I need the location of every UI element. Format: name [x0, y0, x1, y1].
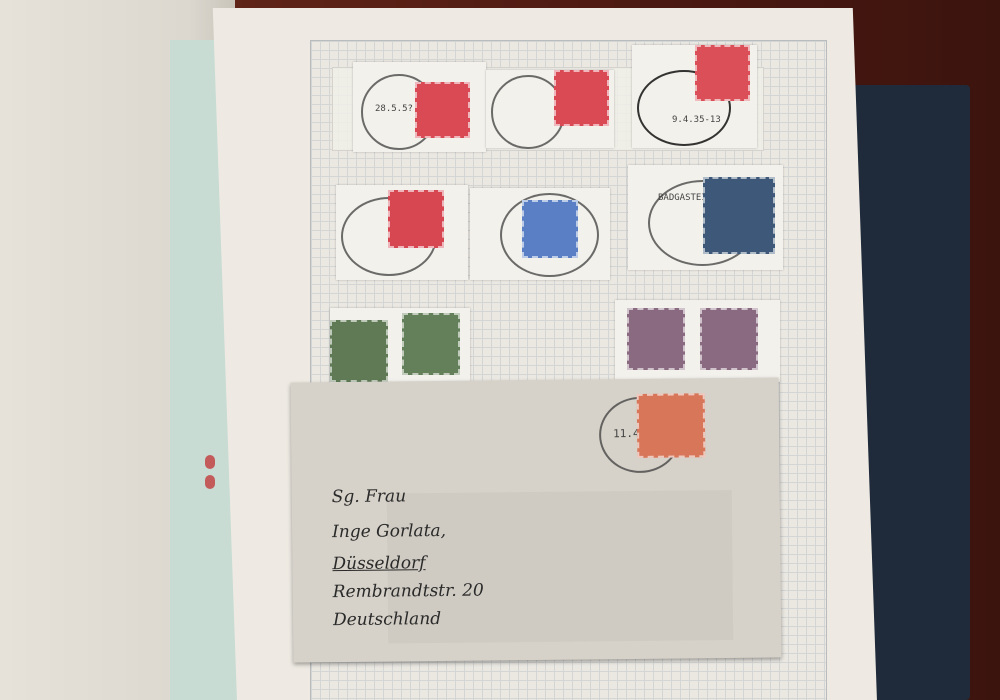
stamp-green	[402, 313, 460, 375]
stamp-piece	[486, 70, 614, 148]
postmark-date: 28.5.5?	[375, 104, 413, 114]
stamp-green	[330, 320, 388, 382]
postmark-date: 9.4.35-13	[672, 115, 721, 125]
address-line: Inge Gorlata,	[332, 521, 446, 542]
address-line: Rembrandtstr. 20	[333, 581, 484, 603]
stamp-piece	[470, 188, 610, 280]
binder-ring	[205, 475, 215, 489]
binder-ring	[205, 455, 215, 469]
address-line: Sg. Frau	[332, 486, 407, 507]
stamp-red	[695, 45, 750, 101]
stamp-piece	[336, 185, 468, 280]
stamp-orange	[637, 393, 706, 458]
stamp-red	[554, 70, 609, 126]
stamp-piece	[615, 300, 780, 382]
stamp-piece: 9.4.35-13	[632, 45, 757, 148]
stamp-piece	[330, 308, 470, 386]
stamp-piece: BADGASTEIN 13.3	[628, 165, 783, 270]
stamp-dark-blue	[703, 177, 775, 254]
postal-cover: 11.4.53- Sg. Frau Inge Gorlata, Düsseldo…	[291, 377, 782, 662]
address-line: Deutschland	[333, 609, 441, 630]
stamp-purple	[627, 308, 685, 370]
stamp-red	[415, 82, 470, 138]
stamp-red	[388, 190, 444, 248]
stamp-purple	[700, 308, 758, 370]
stamp-piece: 28.5.5?	[353, 62, 486, 152]
stamp-blue	[522, 200, 578, 258]
address-line: Düsseldorf	[332, 553, 425, 574]
